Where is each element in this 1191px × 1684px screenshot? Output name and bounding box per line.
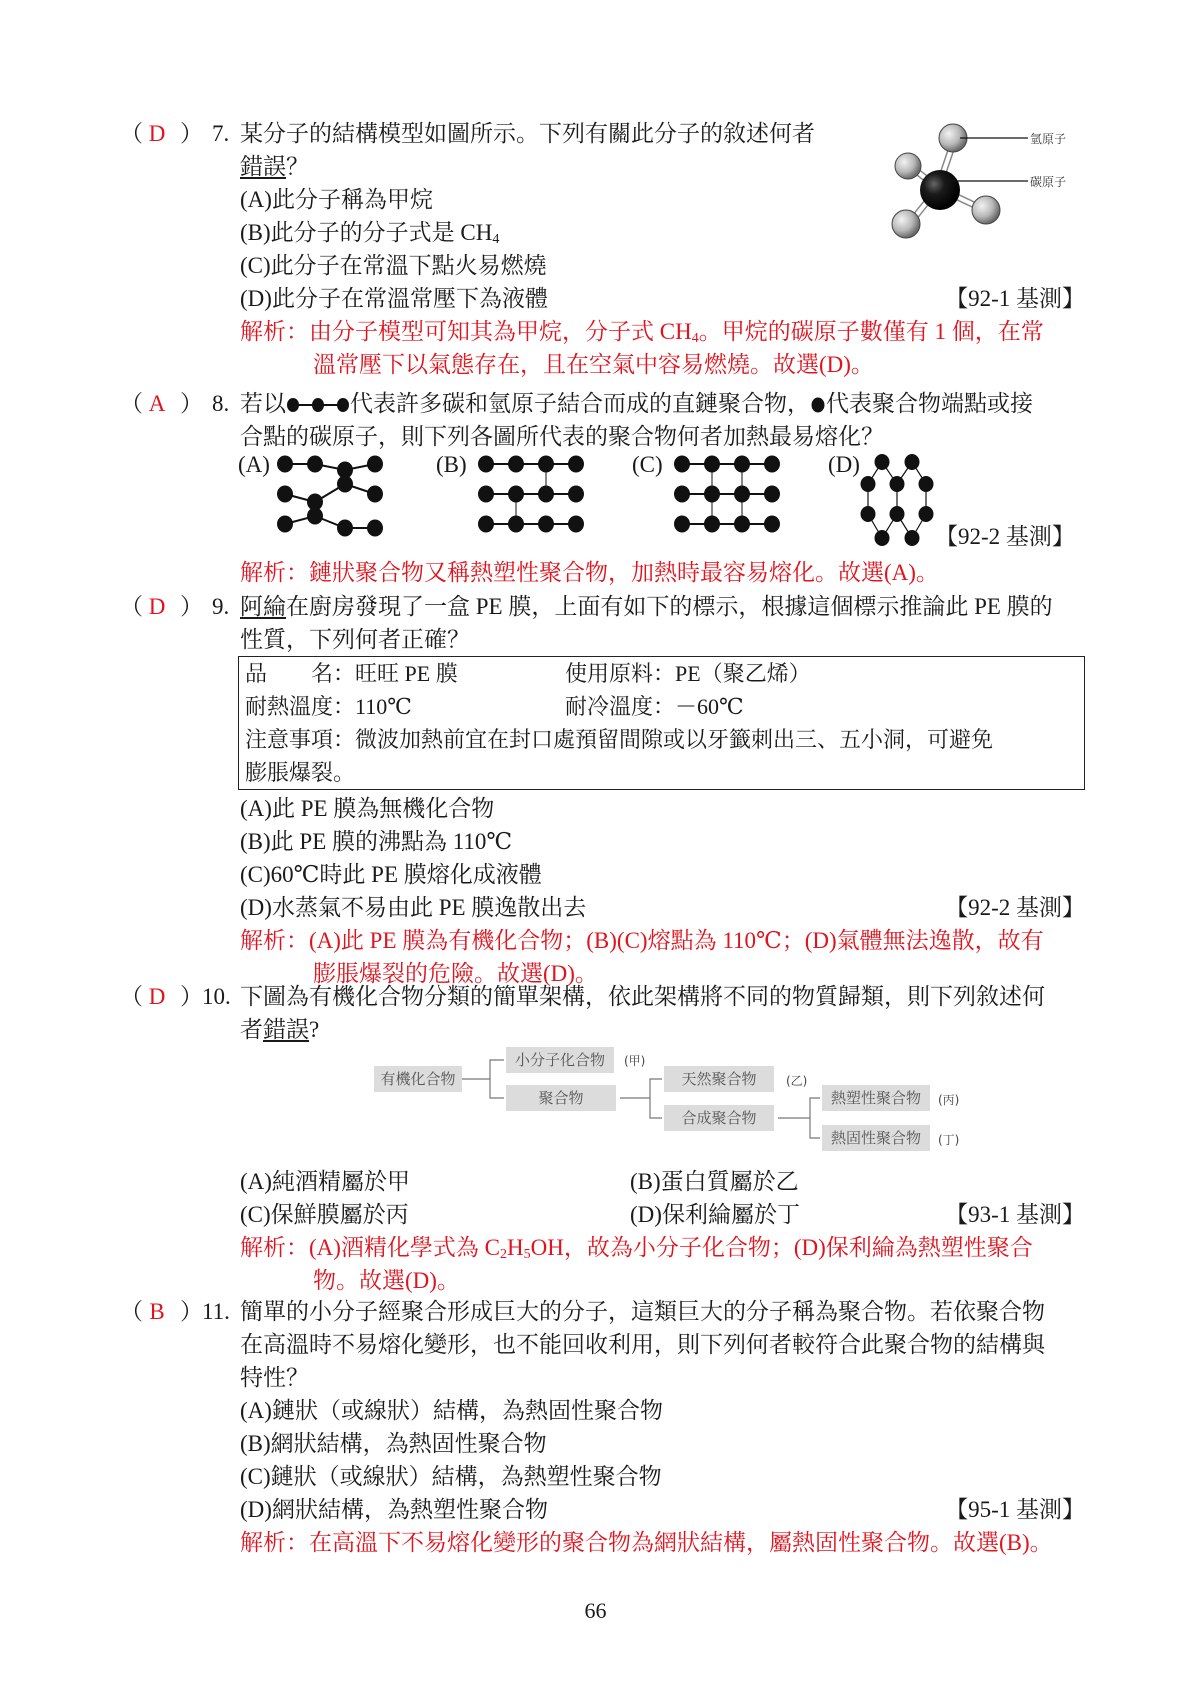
question-stem-cont: 性質，下列何者正確？ — [120, 623, 1085, 656]
option-text: 此分子在常溫常壓下為液體 — [272, 286, 548, 311]
option-label: (B) — [240, 1431, 271, 1456]
question-11: （B） 11. 簡單的小分子經聚合形成巨大的分子，這類巨大的分子稱為聚合物。若依… — [120, 1295, 1085, 1559]
question-8-analysis: 解析：鏈狀聚合物又稱熱塑性聚合物，加熱時最容易熔化。故選(A)。 — [120, 556, 1085, 589]
option-text: 此分子稱為甲烷 — [272, 187, 433, 212]
option-label: (A) — [240, 1169, 272, 1194]
option-text: 蛋白質屬於乙 — [661, 1169, 799, 1194]
analysis-prefix: 解析： — [240, 1530, 309, 1555]
exam-page: （D） 7. 某分子的結構模型如圖所示。下列有關此分子的敘述何者 錯誤？ (A)… — [0, 0, 1191, 1684]
analysis-text: (A)此 PE 膜為有機化合物；(B)(C)熔點為 110℃；(D)氣體無法逸散… — [309, 928, 1044, 953]
option-label: (A) — [240, 796, 272, 821]
tree-node-small-molecule: 小分子化合物 — [506, 1047, 614, 1073]
analysis-text: 鏈狀聚合物又稱熱塑性聚合物，加熱時最容易熔化。故選(A)。 — [309, 560, 939, 585]
stem-punct: ? — [309, 1017, 319, 1042]
question-number: 11. — [202, 1295, 230, 1328]
analysis-text: OH，故為小分子化合物；(D)保利綸為熱塑性聚合 — [531, 1235, 1033, 1260]
label-value: 旺旺 PE 膜 — [355, 661, 458, 686]
option-a: (A)鏈狀（或線狀）結構，為熱固性聚合物 — [120, 1394, 1085, 1427]
hydrogen-atom-icon — [892, 210, 920, 238]
question-number: 7. — [212, 117, 229, 150]
figure-label-a: (A) — [238, 452, 270, 478]
answer-letter: D — [134, 590, 180, 623]
polymer-figure-d — [858, 452, 938, 562]
option-label: (A) — [240, 187, 272, 212]
option-a: (A)純酒精屬於甲 — [240, 1169, 410, 1194]
stem-text: 者 — [240, 1017, 263, 1042]
methane-molecule-figure: 氫原子 碳原子 — [880, 118, 1080, 248]
stem-text: 若以 — [240, 391, 286, 416]
option-c: (C)保鮮膜屬於丙 — [240, 1202, 409, 1227]
option-b: (B)此 PE 膜的沸點為 110℃ — [120, 825, 1085, 858]
option-label: (C) — [240, 1202, 271, 1227]
label-value: 110℃ — [355, 694, 412, 719]
option-text: 此分子在常溫下點火易燃燒 — [271, 253, 547, 278]
label-value: －60℃ — [675, 694, 744, 719]
question-stem: 簡單的小分子經聚合形成巨大的分子，這類巨大的分子稱為聚合物。若依聚合物 — [240, 1295, 1045, 1328]
question-stem: 某分子的結構模型如圖所示。下列有關此分子的敘述何者 — [240, 117, 815, 150]
analysis-cont: 物。故選(D)。 — [120, 1264, 1085, 1297]
label-key: 使用原料： — [565, 661, 675, 686]
analysis-text: 由分子模型可知其為甲烷，分子式 CH — [309, 319, 692, 344]
label-note-cont: 膨脹爆裂。 — [245, 756, 1078, 789]
stem-text: 代表許多碳和氫原子結合而成的直鏈聚合物， — [350, 391, 810, 416]
analysis-prefix: 解析： — [240, 1235, 309, 1260]
option-label: (B) — [240, 829, 271, 854]
answer-letter: B — [134, 1295, 180, 1328]
analysis-text: 在高溫下不易熔化變形的聚合物為網狀結構，屬熱固性聚合物。故選(B)。 — [309, 1530, 1053, 1555]
tree-node-natural-polymer: 天然聚合物 — [664, 1066, 774, 1092]
question-9: （D） 9. 阿綸在廚房發現了一盒 PE 膜，上面有如下的標示，根據這個標示推論… — [120, 590, 1085, 990]
label-key: 品 名： — [245, 661, 355, 686]
option-label: (D) — [630, 1202, 662, 1227]
source-tag: 【92-2 基測】 — [935, 520, 1075, 553]
hydrogen-atom-icon — [972, 196, 1000, 224]
emphasis-underline: 錯誤 — [240, 154, 286, 179]
option-b: (B)蛋白質屬於乙 — [630, 1165, 799, 1198]
tree-tag-bing: (丙) — [938, 1091, 959, 1108]
label-value: PE（聚乙烯） — [675, 661, 811, 686]
label-key: 耐冷溫度： — [565, 694, 675, 719]
option-label: (A) — [240, 1398, 272, 1423]
option-text: 此 PE 膜的沸點為 110℃ — [271, 829, 512, 854]
option-d: (D)此分子在常溫常壓下為液體【92-1 基測】 — [120, 282, 1085, 315]
organic-compound-classification-tree: 有機化合物 小分子化合物 (甲) 聚合物 天然聚合物 (乙) 合成聚合物 熱塑性… — [370, 1050, 970, 1165]
option-label: (C) — [240, 1464, 271, 1489]
analysis-prefix: 解析： — [240, 319, 309, 344]
polymer-figure-a — [275, 452, 395, 542]
answer-slot: （D） — [120, 117, 205, 150]
option-c: (C)60℃時此 PE 膜熔化成液體 — [120, 858, 1085, 891]
figure-label-c: (C) — [632, 452, 663, 478]
figure-label-d: (D) — [828, 452, 860, 478]
tree-node-root: 有機化合物 — [374, 1066, 462, 1092]
tree-node-synthetic-polymer: 合成聚合物 — [664, 1105, 774, 1131]
option-text: 此分子的分子式是 CH — [271, 220, 493, 245]
hydrogen-label: 氫原子 — [1030, 132, 1066, 146]
label-key: 耐熱溫度： — [245, 694, 355, 719]
option-row: (C)保鮮膜屬於丙 (D)保利綸屬於丁 【93-1 基測】 — [120, 1198, 1085, 1231]
answer-slot: （A） — [120, 387, 205, 420]
person-name-underline: 阿綸 — [240, 594, 286, 619]
option-row: (A)純酒精屬於甲 (B)蛋白質屬於乙 — [120, 1165, 1085, 1198]
option-c: (C)此分子在常溫下點火易燃燒 — [120, 249, 1085, 282]
source-tag: 【92-1 基測】 — [945, 282, 1085, 315]
option-text: 純酒精屬於甲 — [272, 1169, 410, 1194]
source-tag: 【95-1 基測】 — [945, 1493, 1085, 1526]
analysis-prefix: 解析： — [240, 928, 309, 953]
answer-letter: D — [134, 117, 180, 150]
stem-text: 在廚房發現了一盒 PE 膜，上面有如下的標示，根據這個標示推論此 PE 膜的 — [286, 594, 1053, 619]
option-text: 水蒸氣不易由此 PE 膜逸散出去 — [272, 895, 586, 920]
option-text: 保鮮膜屬於丙 — [271, 1202, 409, 1227]
tree-tag-ding: (丁) — [938, 1131, 959, 1148]
option-text: 60℃時此 PE 膜熔化成液體 — [271, 862, 542, 887]
analysis-cont: 溫常壓下以氣態存在，且在空氣中容易燃燒。故選(D)。 — [120, 348, 1085, 381]
analysis: 解析：由分子模型可知其為甲烷，分子式 CH4。甲烷的碳原子數僅有 1 個，在常 — [120, 315, 1085, 348]
option-label: (C) — [240, 862, 271, 887]
subscript: 2 — [500, 1247, 507, 1262]
page-number: 66 — [0, 1598, 1191, 1624]
question-number: 8. — [212, 387, 229, 420]
stem-text: 代表聚合物端點或接 — [826, 391, 1033, 416]
option-text: 保利綸屬於丁 — [662, 1202, 800, 1227]
answer-slot: （B） — [120, 1295, 205, 1328]
question-stem: 阿綸在廚房發現了一盒 PE 膜，上面有如下的標示，根據這個標示推論此 PE 膜的 — [240, 590, 1053, 623]
source-tag: 【92-2 基測】 — [945, 891, 1085, 924]
question-8: （A） 8. 若以代表許多碳和氫原子結合而成的直鏈聚合物，代表聚合物端點或接 合… — [120, 387, 1085, 453]
source-tag: 【93-1 基測】 — [945, 1198, 1085, 1231]
option-label: (D) — [240, 895, 272, 920]
stem-punct: ？ — [286, 154, 309, 179]
analysis-text: 。甲烷的碳原子數僅有 1 個，在常 — [699, 319, 1044, 344]
option-d: (D)網狀結構，為熱塑性聚合物【95-1 基測】 — [120, 1493, 1085, 1526]
tree-tag-yi: (乙) — [786, 1072, 807, 1089]
answer-letter: D — [134, 980, 180, 1013]
tree-node-polymer: 聚合物 — [506, 1085, 616, 1111]
option-text: 網狀結構，為熱固性聚合物 — [271, 1431, 547, 1456]
option-label: (D) — [240, 1497, 272, 1522]
answer-letter: A — [134, 387, 180, 420]
option-d: (D)保利綸屬於丁 — [630, 1198, 800, 1231]
option-label: (B) — [240, 220, 271, 245]
label-row: 耐熱溫度：110℃耐冷溫度：－60℃ — [245, 690, 1078, 723]
option-c: (C)鏈狀（或線狀）結構，為熱塑性聚合物 — [120, 1460, 1085, 1493]
label-row: 品 名：旺旺 PE 膜使用原料：PE（聚乙烯） — [245, 657, 1078, 690]
label-note: 注意事項：微波加熱前宜在封口處預留間隙或以牙籤刺出三、五小洞，可避免 — [245, 723, 1078, 756]
option-text: 鏈狀（或線狀）結構，為熱固性聚合物 — [272, 1398, 663, 1423]
carbon-atom-icon — [920, 170, 960, 210]
label-col2: 使用原料：PE（聚乙烯） — [565, 657, 811, 690]
chain-symbol-icon — [286, 397, 350, 413]
option-label: (D) — [240, 286, 272, 311]
question-stem-cont: 合點的碳原子，則下列各圖所代表的聚合物何者加熱最易熔化？ — [120, 420, 1085, 453]
subscript: 4 — [692, 331, 699, 346]
polymer-figure-b — [476, 452, 596, 542]
question-stem-cont: 特性？ — [120, 1361, 1085, 1394]
emphasis-underline: 錯誤 — [263, 1017, 309, 1042]
question-10: （D） 10. 下圖為有機化合物分類的簡單架構，依此架構將不同的物質歸類，則下列… — [120, 980, 1085, 1046]
analysis: 解析：在高溫下不易熔化變形的聚合物為網狀結構，屬熱固性聚合物。故選(B)。 — [120, 1526, 1085, 1559]
option-a: (A)此 PE 膜為無機化合物 — [120, 792, 1085, 825]
question-stem: 下圖為有機化合物分類的簡單架構，依此架構將不同的物質歸類，則下列敘述何 — [240, 980, 1045, 1013]
option-b: (B)網狀結構，為熱固性聚合物 — [120, 1427, 1085, 1460]
analysis-text: H — [507, 1235, 524, 1260]
answer-slot: （D） — [120, 590, 205, 623]
question-stem-cont: 在高溫時不易熔化變形，也不能回收利用，則下列何者較符合此聚合物的結構與 — [120, 1328, 1085, 1361]
hydrogen-atom-icon — [895, 153, 921, 179]
analysis-prefix: 解析： — [240, 560, 309, 585]
label-col2: 耐冷溫度：－60℃ — [565, 690, 744, 723]
tree-tag-jia: (甲) — [624, 1052, 645, 1069]
figure-label-b: (B) — [436, 452, 467, 478]
polymer-figure-c — [672, 452, 792, 542]
tree-node-thermoset: 熱固性聚合物 — [822, 1125, 930, 1151]
subscript: 5 — [524, 1247, 531, 1262]
analysis-text: (A)酒精化學式為 C — [309, 1235, 500, 1260]
option-label: (C) — [240, 253, 271, 278]
question-number: 9. — [212, 590, 229, 623]
option-text: 此 PE 膜為無機化合物 — [272, 796, 494, 821]
carbon-label: 碳原子 — [1030, 174, 1066, 189]
subscript: 4 — [492, 232, 499, 247]
question-10-options: (A)純酒精屬於甲 (B)蛋白質屬於乙 (C)保鮮膜屬於丙 (D)保利綸屬於丁 … — [120, 1165, 1085, 1297]
tree-node-thermoplastic: 熱塑性聚合物 — [822, 1085, 930, 1111]
carbon-dot-icon — [810, 397, 826, 413]
analysis: 解析：(A)酒精化學式為 C2H5OH，故為小分子化合物；(D)保利綸為熱塑性聚… — [120, 1231, 1085, 1264]
analysis: 解析：(A)此 PE 膜為有機化合物；(B)(C)熔點為 110℃；(D)氣體無… — [120, 924, 1085, 957]
answer-slot: （D） — [120, 980, 205, 1013]
question-stem: 若以代表許多碳和氫原子結合而成的直鏈聚合物，代表聚合物端點或接 — [240, 387, 1033, 420]
question-number: 10. — [202, 980, 231, 1013]
option-text: 鏈狀（或線狀）結構，為熱塑性聚合物 — [271, 1464, 662, 1489]
option-d: (D)水蒸氣不易由此 PE 膜逸散出去【92-2 基測】 — [120, 891, 1085, 924]
analysis: 解析：鏈狀聚合物又稱熱塑性聚合物，加熱時最容易熔化。故選(A)。 — [120, 556, 1085, 589]
option-label: (B) — [630, 1169, 661, 1194]
pe-film-label-box: 品 名：旺旺 PE 膜使用原料：PE（聚乙烯） 耐熱溫度：110℃耐冷溫度：－6… — [238, 656, 1085, 790]
option-text: 網狀結構，為熱塑性聚合物 — [272, 1497, 548, 1522]
